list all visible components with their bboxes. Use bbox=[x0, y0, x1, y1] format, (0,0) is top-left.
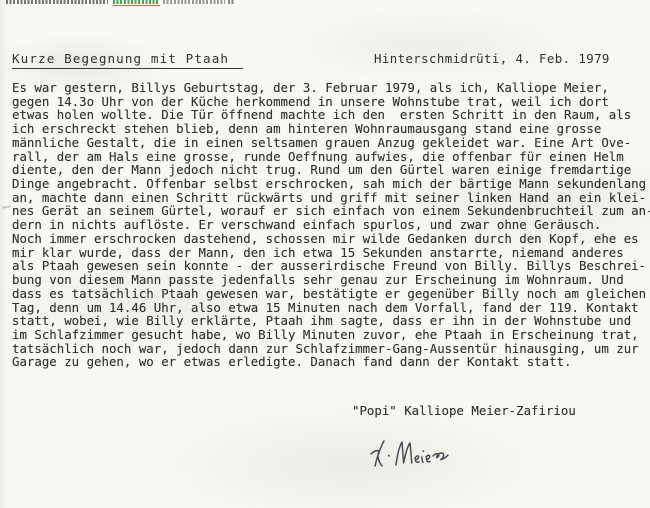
attribution-line: "Popi" Kalliope Meier-Zafiriou bbox=[352, 403, 576, 418]
handwritten-signature bbox=[366, 437, 458, 473]
dateline: Hinterschmidrüti, 4. Feb. 1979 bbox=[374, 51, 610, 66]
report-body: Es war gestern, Billys Geburtstag, der 3… bbox=[12, 81, 650, 369]
clipped-text-fragment bbox=[6, 0, 108, 5]
body-line: etwas holen wollte. Die Tür öffnend mach… bbox=[12, 108, 650, 122]
clipped-glyph-texture bbox=[163, 0, 225, 4]
body-line: diente, den der Mann jedoch nicht trug. … bbox=[12, 163, 650, 177]
body-line: männliche Gestalt, die in einen seltsame… bbox=[12, 136, 650, 150]
page-title: Kurze Begegnung mit Ptaah bbox=[12, 51, 243, 69]
body-line: im Schlafzimmer gesucht habe, wo Billy M… bbox=[12, 328, 650, 342]
body-line: Tag, denn um 14.46 Uhr, also etwa 15 Min… bbox=[12, 301, 650, 315]
clipped-header-remnant bbox=[0, 0, 650, 7]
body-line: gegen 14.3o Uhr von der Küche herkommend… bbox=[12, 95, 650, 109]
clipped-text-fragment bbox=[163, 0, 225, 5]
body-line: rall, der am Hals eine grosse, runde Oef… bbox=[12, 150, 650, 164]
body-line: an, machte dann einen Schritt rückwärts … bbox=[12, 191, 650, 205]
clipped-link-fragment[interactable] bbox=[113, 0, 160, 6]
clipped-glyph-texture bbox=[6, 0, 108, 4]
body-line: dass es tatsächlich Ptaah gewesen war, b… bbox=[12, 287, 650, 301]
scan-artifact-mark bbox=[2, 205, 11, 208]
clipped-glyph-texture bbox=[228, 0, 235, 4]
body-line: Noch immer erschrocken dastehend, schoss… bbox=[12, 232, 650, 246]
body-line: ich erschreckt stehen blieb, denn am hin… bbox=[12, 122, 650, 136]
body-line: nes Gerät an seinem Gürtel, worauf er si… bbox=[12, 204, 650, 218]
body-line: bung von diesem Mann passte jedenfalls s… bbox=[12, 273, 650, 287]
body-line: Garage zu gehen, wo er etwas erledigte. … bbox=[12, 355, 650, 369]
body-line: tatsächlich noch war, jedoch dann zur Sc… bbox=[12, 342, 650, 356]
body-line: Es war gestern, Billys Geburtstag, der 3… bbox=[12, 81, 650, 95]
body-line: Dinge angebracht. Offenbar selbst erschr… bbox=[12, 177, 650, 191]
body-line: mir klar wurde, dass der Mann, den ich e… bbox=[12, 246, 650, 260]
body-line: statt, wobei, wie Billy erklärte, Ptaah … bbox=[12, 314, 650, 328]
clipped-text-fragment bbox=[228, 0, 235, 5]
scanned-report-page: Kurze Begegnung mit Ptaah Hinterschmidrü… bbox=[0, 0, 650, 508]
body-line: dern in nichts auflöste. Er verschwand e… bbox=[12, 218, 650, 232]
body-line: als Ptaah gewesen sein konnte - der auss… bbox=[12, 259, 650, 273]
clipped-glyph-texture bbox=[113, 0, 160, 4]
